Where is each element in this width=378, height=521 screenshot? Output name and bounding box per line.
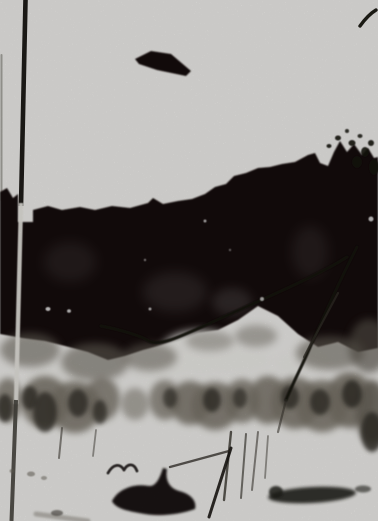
photo-canvas: [0, 0, 378, 521]
photo-ufo-over-snowy-hill: [0, 0, 378, 521]
film-grain-overlay: [0, 0, 378, 521]
